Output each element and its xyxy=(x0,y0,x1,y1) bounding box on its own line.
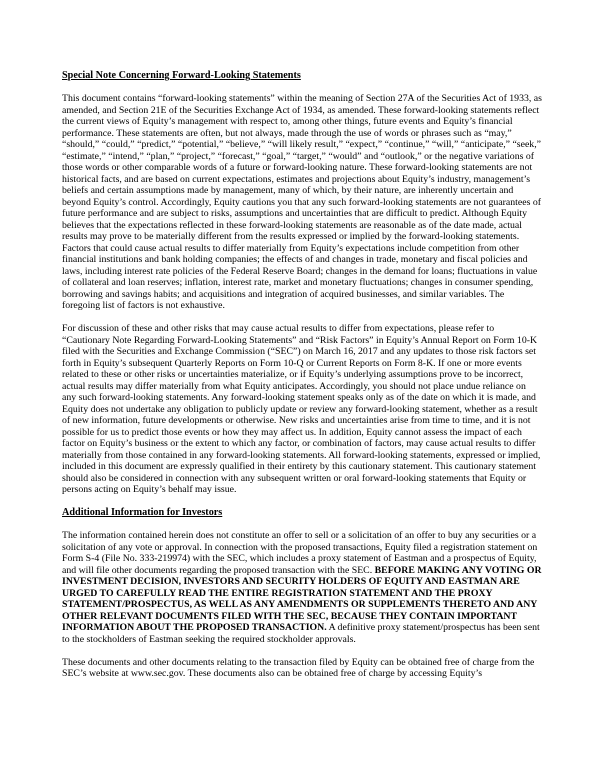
document-page: Special Note Concerning Forward-Looking … xyxy=(0,0,603,780)
paragraph-risk-discussion: For discussion of these and other risks … xyxy=(62,323,542,496)
paragraph-forward-looking-definition: This document contains “forward-looking … xyxy=(62,93,542,312)
document-content: Special Note Concerning Forward-Looking … xyxy=(62,70,542,691)
heading-additional-information-investors: Additional Information for Investors xyxy=(62,507,542,519)
paragraph-offer-statement: The information contained herein does no… xyxy=(62,530,542,645)
heading-special-note-forward-looking: Special Note Concerning Forward-Looking … xyxy=(62,70,542,82)
paragraph-documents-availability: These documents and other documents rela… xyxy=(62,657,542,680)
